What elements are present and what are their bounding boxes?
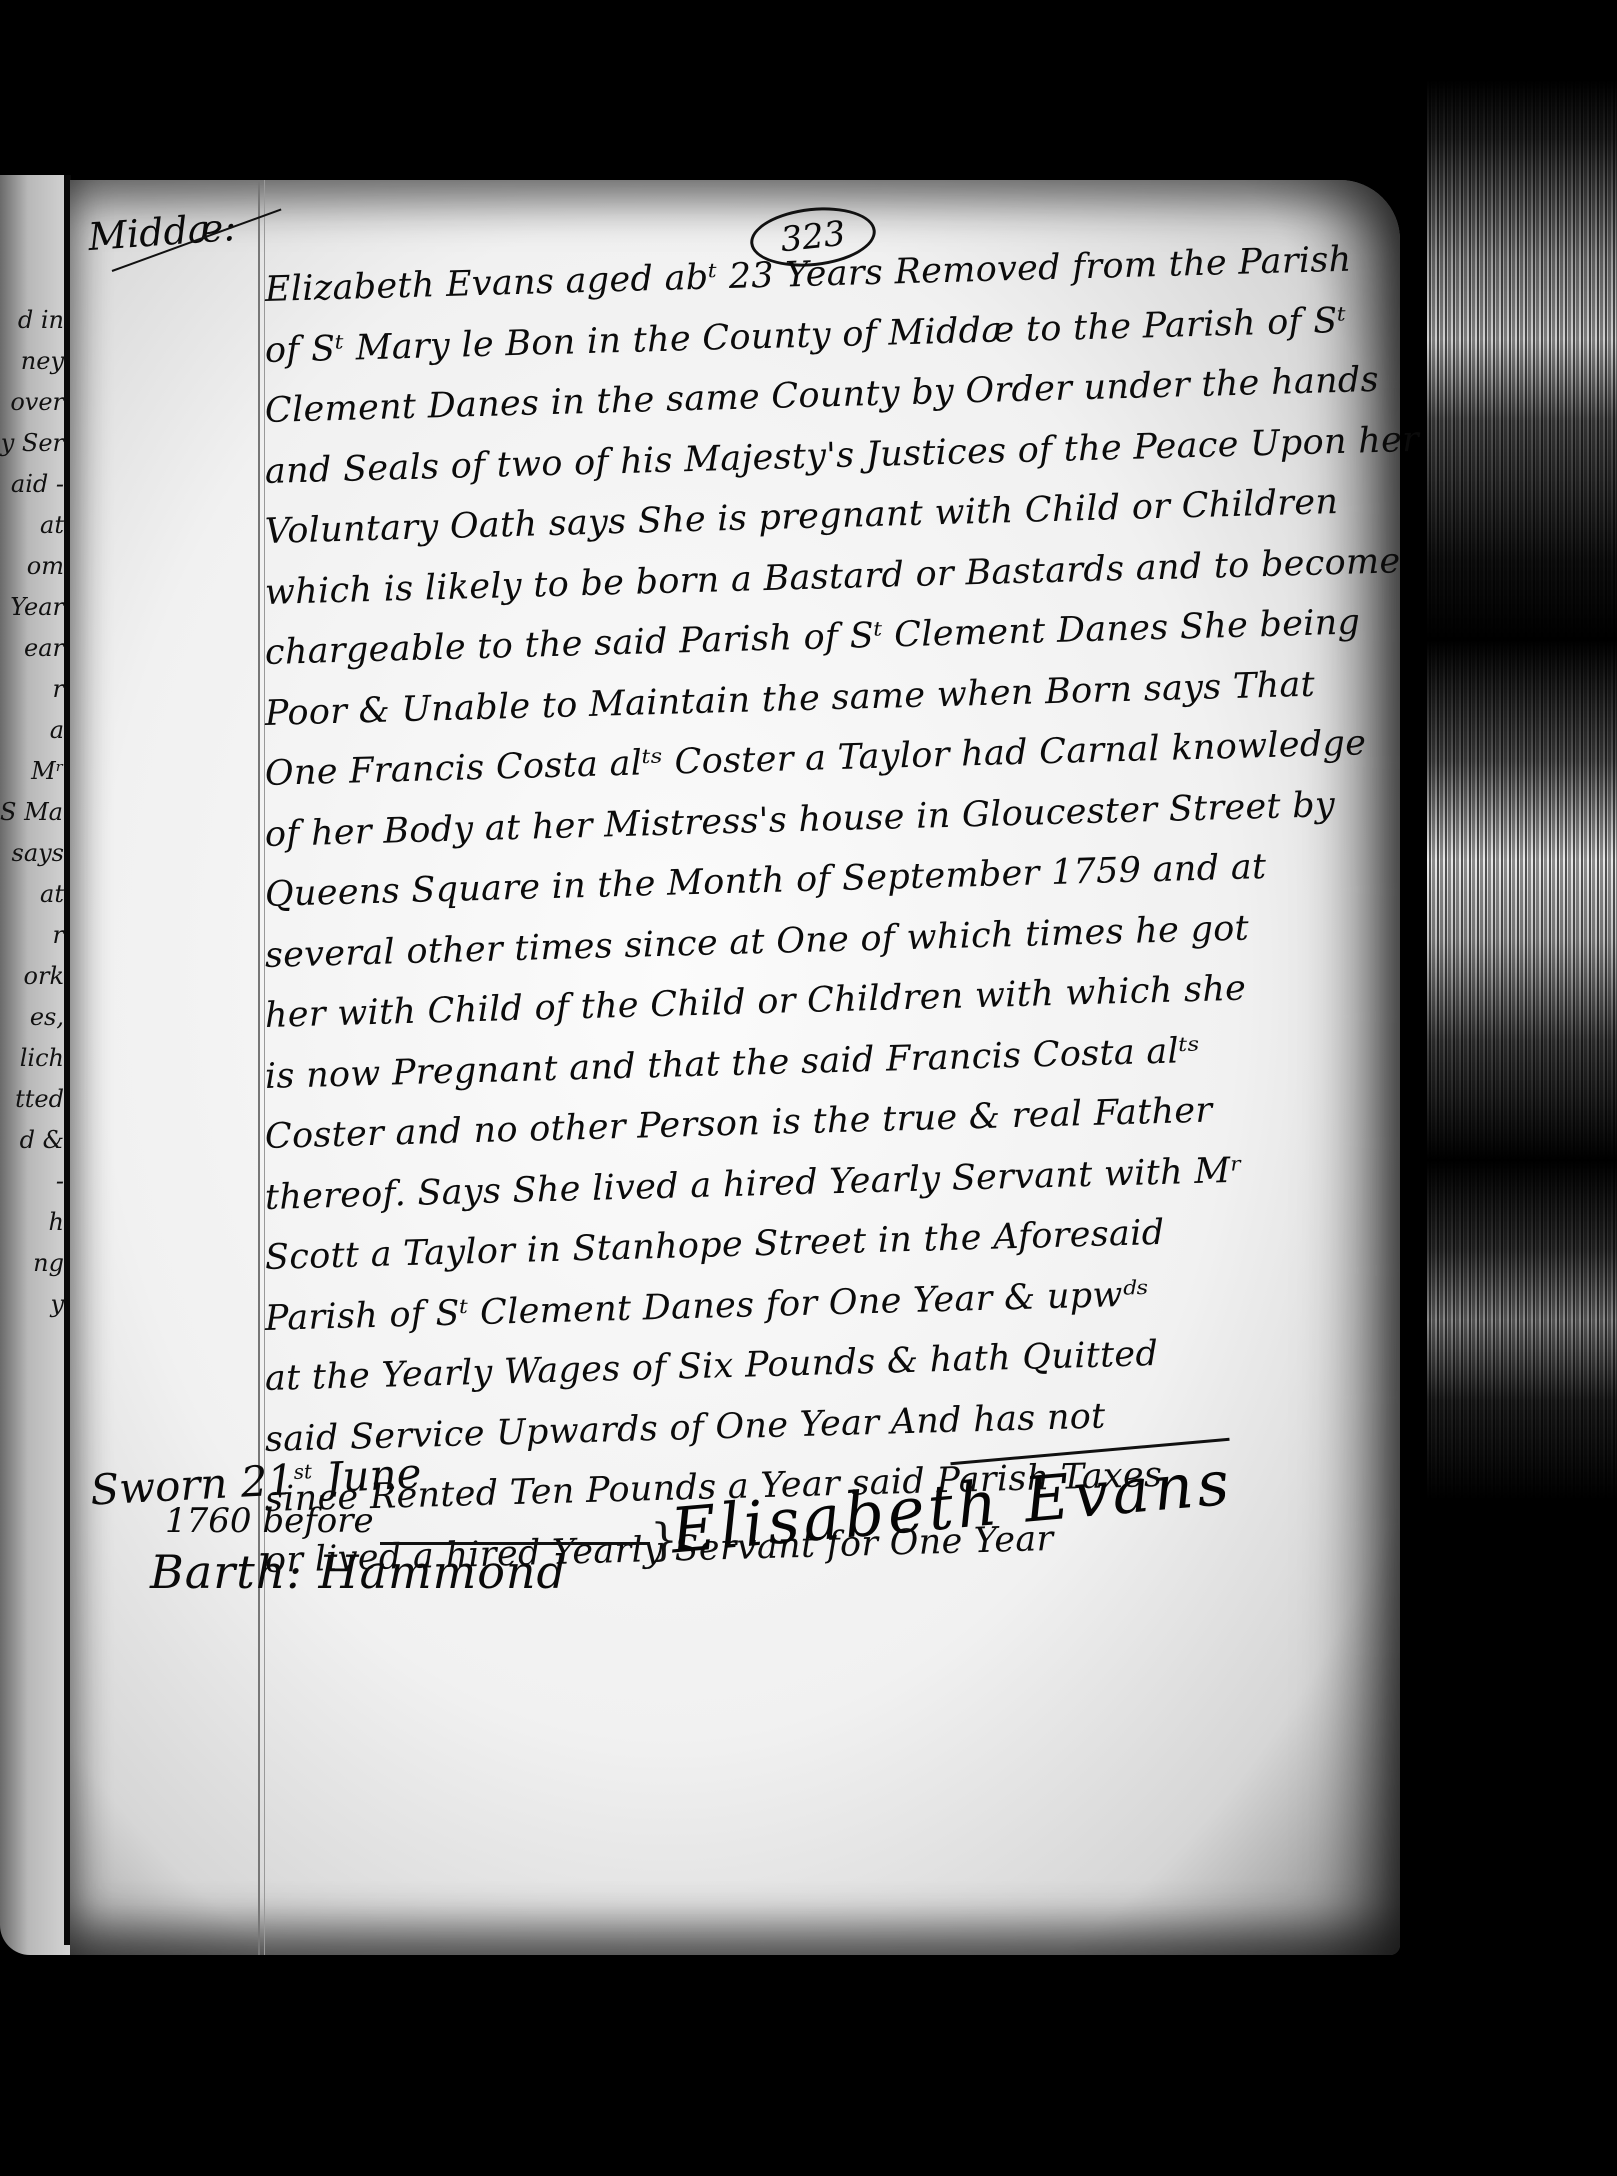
fragment: aid - <box>0 464 64 505</box>
jurat-block: Sworn 21st June 1760 before Barth: Hammo… <box>90 1450 690 1599</box>
jurat-bracket-line <box>380 1542 650 1545</box>
fragment: d in <box>0 300 64 341</box>
fragment: S Mary <box>0 792 64 833</box>
fragment: Mʳ <box>0 751 64 792</box>
fragment: at <box>0 505 64 546</box>
fragment: tted <box>0 1079 64 1120</box>
fragment: y <box>0 1284 64 1325</box>
sworn-year-before: 1760 before <box>165 1501 690 1541</box>
fragment: r <box>0 915 64 956</box>
fragment: y Ser <box>0 423 64 464</box>
fragment: r <box>0 669 64 710</box>
fragment: es, <box>0 997 64 1038</box>
fragment: a <box>0 710 64 751</box>
fragment: lich <box>0 1038 64 1079</box>
fragment: d & <box>0 1120 64 1161</box>
scan-bottom-shadow <box>0 1955 1617 2176</box>
ordinal-suffix: st <box>293 1459 313 1484</box>
previous-page-text-fragments: d in ney over y Ser aid - at om Year ear… <box>0 300 64 1325</box>
fragment: ney <box>0 341 64 382</box>
fragment: Year <box>0 587 64 628</box>
sworn-month: June <box>311 1448 423 1503</box>
fragment: ork <box>0 956 64 997</box>
examination-text: Elizabeth Evans aged abᵗ 23 Years Remove… <box>265 260 1375 1591</box>
margin-rule-line <box>258 180 260 1955</box>
fragment: over <box>0 382 64 423</box>
fragment: - <box>0 1161 64 1202</box>
manuscript-page: Middæ: 323 Elizabeth Evans aged abᵗ 23 Y… <box>70 180 1400 1955</box>
scanner-streak-noise <box>1427 0 1617 2176</box>
fragment: om <box>0 546 64 587</box>
fragment: ng <box>0 1243 64 1284</box>
fragment: at <box>0 874 64 915</box>
fragment: says <box>0 833 64 874</box>
fragment: ear <box>0 628 64 669</box>
justice-signature: Barth: Hammond <box>150 1545 690 1599</box>
fragment: h <box>0 1202 64 1243</box>
